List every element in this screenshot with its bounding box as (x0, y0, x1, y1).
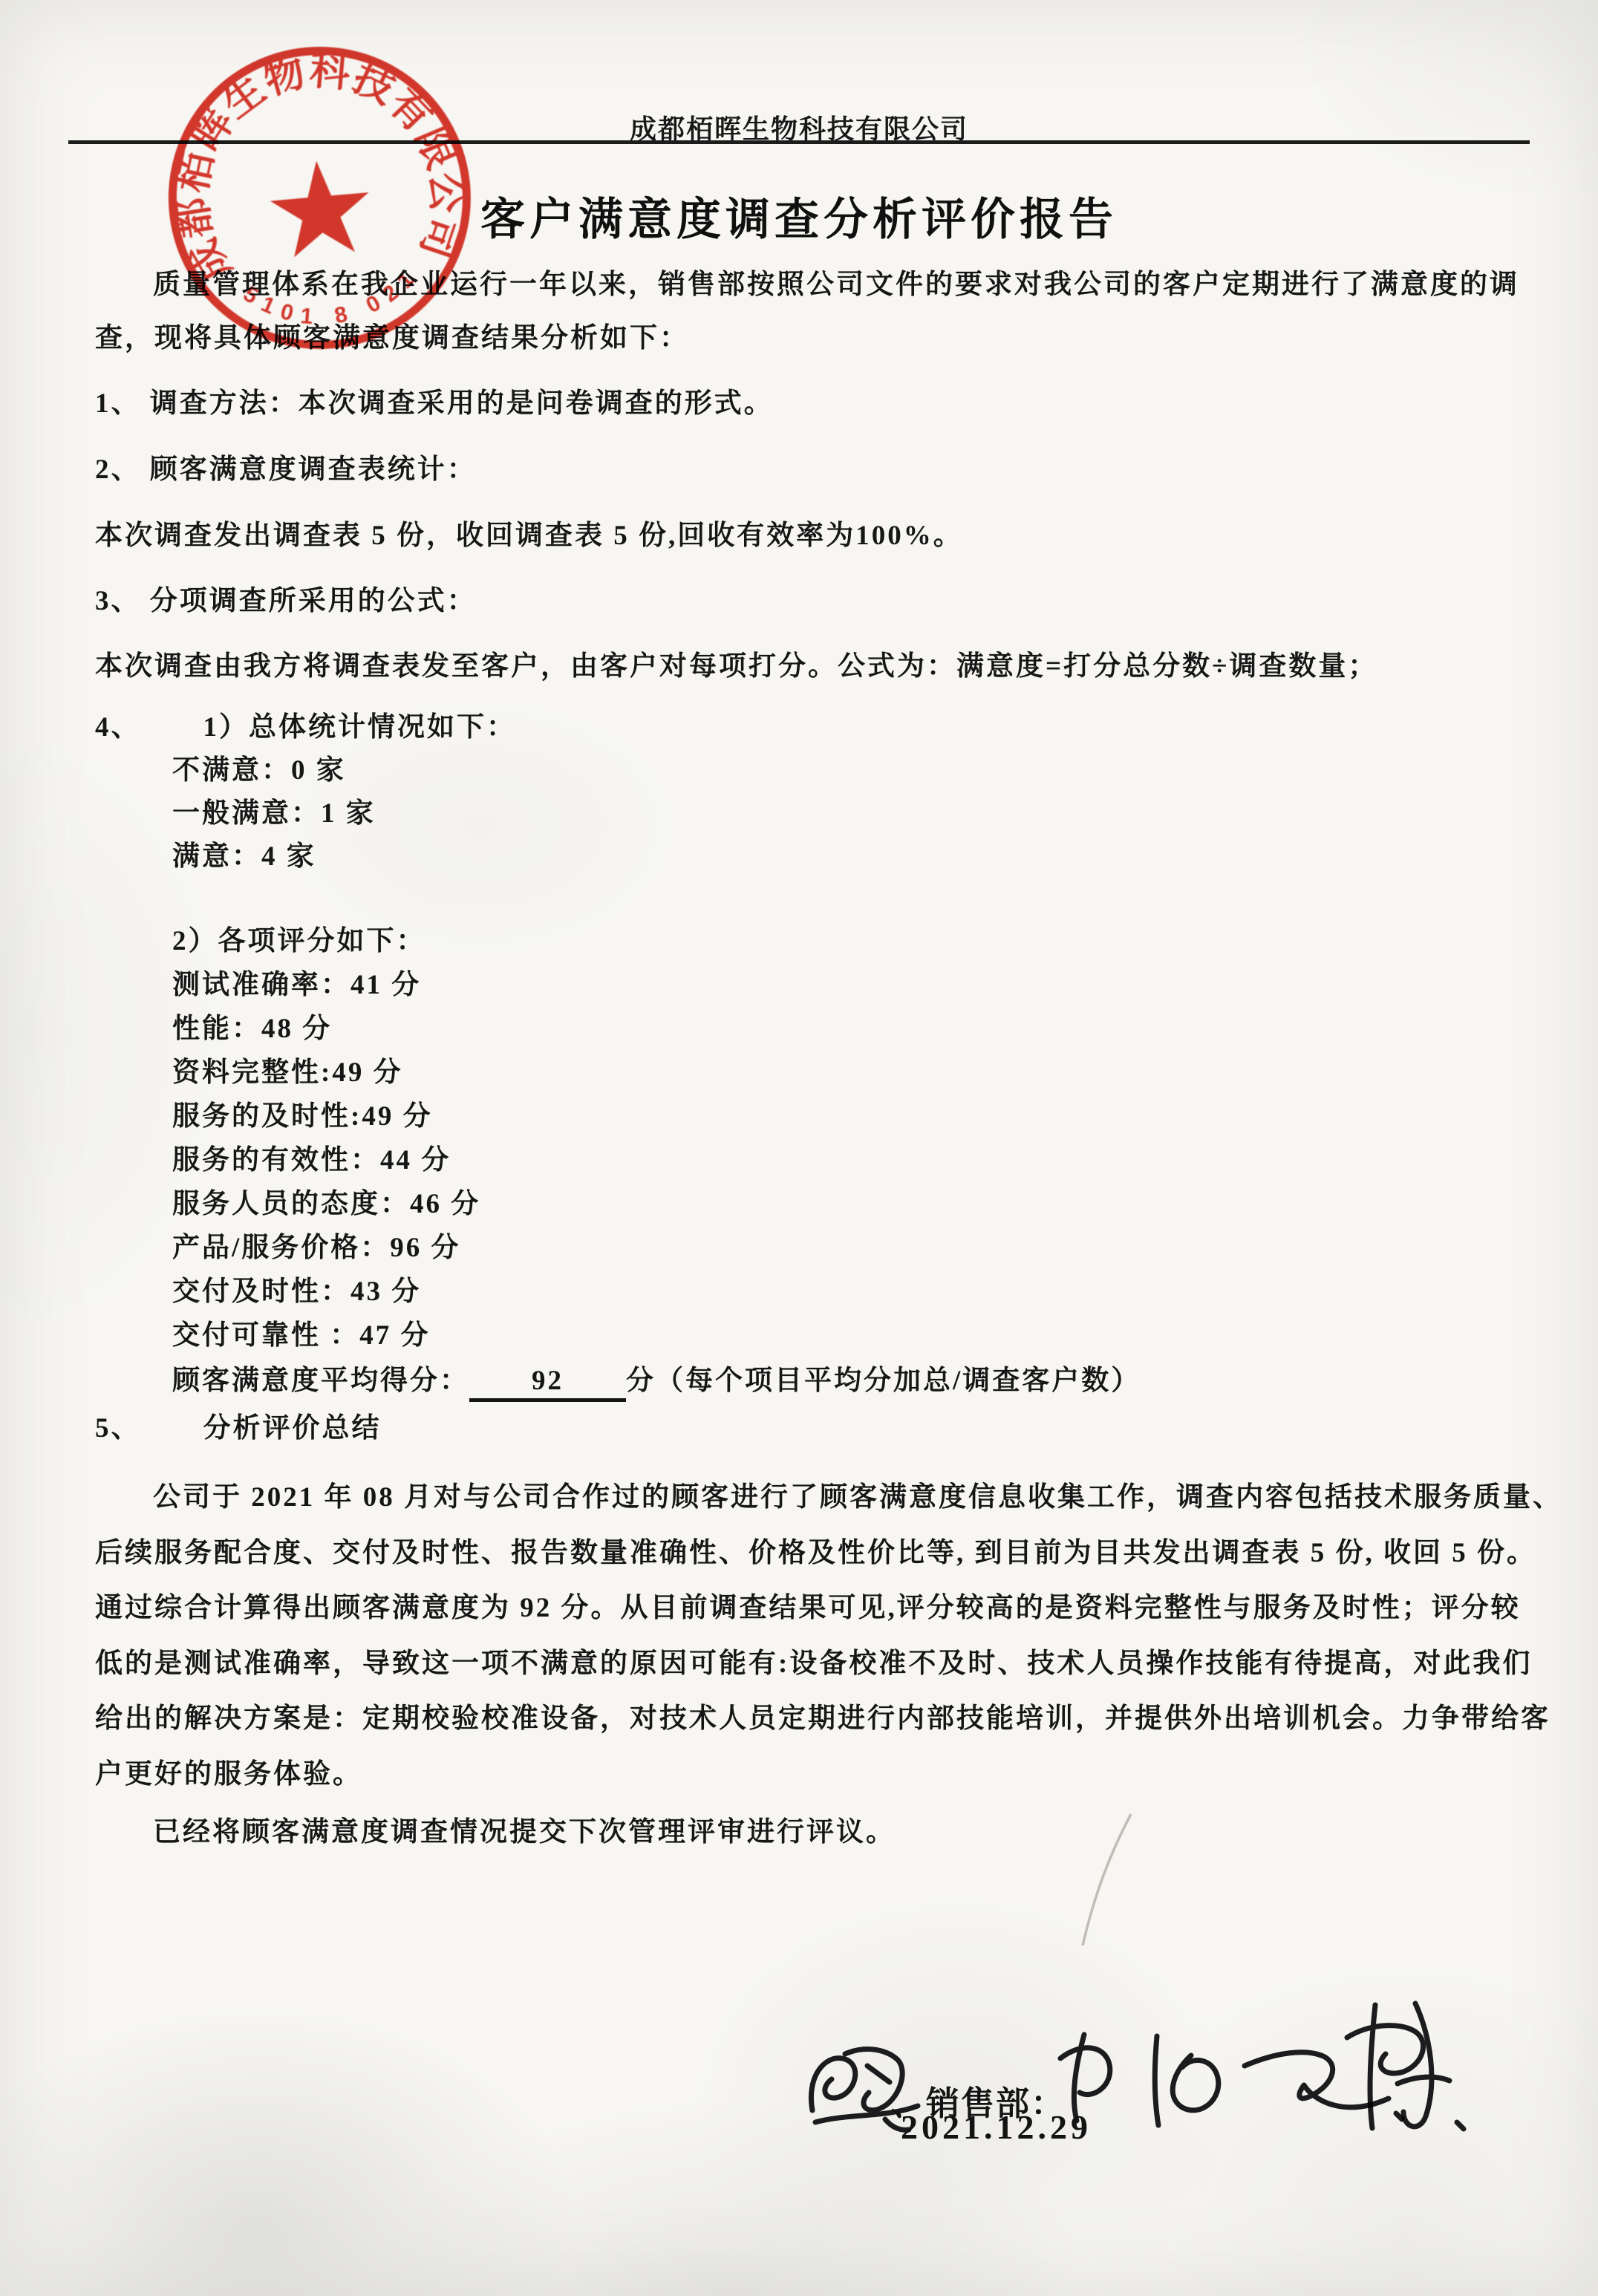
item-2-survey-stats: 本次调查发出调查表 5 份，收回调查表 5 份,回收有效率为100%。 (95, 512, 963, 552)
score-line: 交付可靠性 ：47 分 (172, 1312, 431, 1352)
summary-line: 通过综合计算得出顾客满意度为 92 分。从目前调查结果可见,评分较高的是资料完整… (95, 1585, 1521, 1625)
overall-stat-line: 满意：4 家 (172, 833, 316, 873)
handwritten-signature-3 (1329, 1989, 1485, 2148)
pencil-mark (1038, 1793, 1187, 1964)
item-5-number: 5、 (95, 1413, 141, 1444)
score-line: 交付及时性：43 分 (172, 1268, 421, 1308)
item-1-survey-method: 1、 调查方法：本次调查采用的是问卷调查的形式。 (95, 380, 774, 420)
score-line: 资料完整性:49 分 (172, 1049, 403, 1089)
scores-head: 2）各项评分如下： (172, 918, 426, 958)
summary-line: 给出的解决方案是：定期校验校准设备，对技术人员定期进行内部技能培训，并提供外出培… (95, 1695, 1550, 1735)
item-4-number: 4、 (95, 712, 141, 743)
score-line: 服务的及时性:49 分 (172, 1093, 433, 1133)
summary-line: 后续服务配合度、交付及时性、报告数量准确性、价格及性价比等, 到目前为目共发出调… (95, 1530, 1536, 1570)
average-score-label: 顾客满意度平均得分： (172, 1366, 469, 1396)
scanned-report-page: 成都栢晖生物科技有限公司 客户满意度调查分析评价报告 质量管理体系在我企业运行一… (0, 0, 1598, 2296)
item-4-row: 4、1）总体统计情况如下： (95, 704, 516, 744)
item-4-overall-head: 1）总体统计情况如下： (203, 712, 517, 743)
score-line: 服务人员的态度：46 分 (172, 1181, 480, 1221)
item-2-survey-stats-head: 2、 顾客满意度调查表统计： (95, 446, 477, 486)
overall-stat-line: 不满意：0 家 (172, 747, 346, 787)
average-score-value: 92 (469, 1365, 626, 1402)
score-line: 服务的有效性：44 分 (172, 1137, 451, 1177)
score-line: 产品/服务价格：96 分 (172, 1224, 461, 1265)
company-seal-stamp: 成都栢晖生物科技有限公司 5101 8 021 (151, 12, 497, 377)
score-line: 测试准确率：41 分 (172, 962, 421, 1002)
summary-line: 户更好的服务体验。 (95, 1751, 362, 1791)
average-score-suffix: 分（每个项目平均分加总/调查客户数） (626, 1366, 1141, 1396)
summary-line: 公司于 2021 年 08 月对与公司合作过的顾客进行了顾客满意度信息收集工作，… (153, 1474, 1562, 1514)
item-5-row: 5、分析评价总结 (95, 1405, 382, 1445)
overall-stat-line: 一般满意：1 家 (172, 790, 376, 830)
seal-star (267, 157, 374, 259)
average-score-row: 顾客满意度平均得分：92分（每个项目平均分加总/调查客户数） (172, 1357, 1141, 1402)
score-line: 性能：48 分 (172, 1005, 332, 1046)
report-date: 2021.12.29 (901, 2107, 1092, 2147)
summary-final-line: 已经将顾客满意度调查情况提交下次管理评审进行评议。 (153, 1809, 896, 1849)
item-5-head: 分析评价总结 (203, 1413, 382, 1444)
item-3-formula-head: 3、 分项调查所采用的公式： (95, 578, 477, 618)
summary-line: 低的是测试准确率，导致这一项不满意的原因可能有:设备校准不及时、技术人员操作技能… (95, 1640, 1532, 1680)
item-3-formula: 本次调查由我方将调查表发至客户，由客户对每项打分。公式为：满意度=打分总分数÷调… (95, 643, 1377, 683)
